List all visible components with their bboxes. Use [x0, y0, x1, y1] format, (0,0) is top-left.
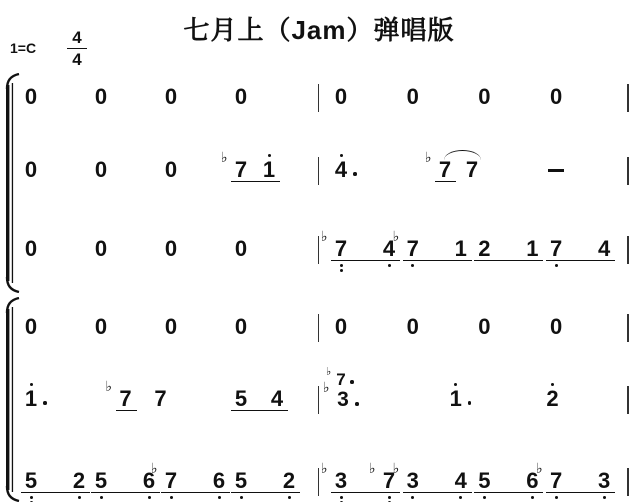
barline	[318, 236, 320, 264]
octave-dot-below	[170, 496, 173, 499]
octave-dot-below	[288, 496, 291, 499]
beam-underline	[474, 492, 543, 493]
time-signature-numerator: 4	[72, 28, 81, 47]
beam-underline	[435, 181, 456, 182]
beam-underline	[231, 410, 288, 411]
sheet-page: 七月上（Jam）弹唱版 1=C 4 4 000000000007♭147♭700…	[0, 0, 638, 502]
note-digit: 1	[446, 388, 466, 410]
octave-dot-below	[388, 264, 391, 267]
rest-note: 0	[474, 86, 494, 108]
note-digit: 7	[546, 470, 566, 492]
beam-underline	[21, 492, 90, 493]
barline	[318, 314, 320, 342]
note-digit: 3	[594, 470, 614, 492]
rest-note: 0	[231, 316, 251, 338]
note-digit: 1	[522, 238, 542, 260]
rest-note: 0	[161, 159, 181, 181]
note-digit: 5	[231, 388, 251, 410]
note-digit: 5	[231, 470, 251, 492]
tie-arc	[444, 150, 481, 160]
octave-dot-below	[483, 496, 486, 499]
flat-sign: ♭	[323, 382, 330, 394]
octave-dot-below	[555, 496, 558, 499]
augmentation-dot	[43, 401, 47, 405]
barline	[318, 157, 320, 185]
note-digit: 4	[594, 238, 614, 260]
beam-underline	[331, 260, 400, 261]
note-digit: 2	[279, 470, 299, 492]
octave-dot-above	[268, 154, 271, 157]
beam-underline	[161, 492, 230, 493]
note-digit: 7	[231, 159, 251, 181]
octave-dot-below	[555, 264, 558, 267]
barline	[627, 386, 629, 414]
key-signature: 1=C	[10, 40, 36, 56]
beam-underline	[91, 492, 160, 493]
note-digit: 3	[333, 389, 353, 410]
flat-sign: ♭	[221, 152, 228, 164]
rest-note: 0	[91, 238, 111, 260]
note-digit: 1	[21, 388, 41, 410]
note-digit: 7	[116, 388, 136, 410]
octave-dot-below	[340, 496, 343, 499]
rest-note: 0	[403, 316, 423, 338]
time-signature-line	[67, 48, 87, 49]
octave-dot-below	[100, 496, 103, 499]
beam-underline	[546, 260, 615, 261]
dash-extension	[548, 169, 564, 172]
barline	[627, 157, 629, 185]
rest-note: 0	[161, 316, 181, 338]
barline	[318, 84, 320, 112]
rest-note: 0	[161, 238, 181, 260]
barline	[318, 468, 320, 496]
rest-note: 0	[91, 86, 111, 108]
flat-sign: ♭	[321, 463, 328, 475]
rest-note: 0	[21, 316, 41, 338]
rest-note: 0	[91, 316, 111, 338]
beam-underline	[331, 492, 400, 493]
system-bracket	[2, 73, 22, 293]
octave-dot-below	[388, 496, 391, 499]
augmentation-dot	[350, 380, 354, 384]
note-digit: 7	[151, 388, 171, 410]
rest-note: 0	[161, 86, 181, 108]
note-digit: 2	[69, 470, 89, 492]
rest-note: 0	[331, 86, 351, 108]
flat-sign: ♭	[151, 463, 158, 475]
rest-note: 0	[21, 238, 41, 260]
beam-underline	[231, 181, 280, 182]
beam-underline	[546, 492, 615, 493]
note-digit: 7	[161, 470, 181, 492]
rest-note: 0	[231, 86, 251, 108]
octave-dot-above	[30, 383, 33, 386]
rest-note: 0	[91, 159, 111, 181]
note-digit: 1	[259, 159, 279, 181]
octave-dot-below	[340, 269, 343, 272]
flat-sign: ♭	[393, 231, 400, 243]
octave-dot-below	[148, 496, 151, 499]
octave-dot-below	[240, 496, 243, 499]
note-digit: 4	[267, 388, 287, 410]
note-digit: 3	[331, 470, 351, 492]
flat-sign: ♭	[369, 463, 376, 475]
barline	[627, 314, 629, 342]
octave-dot-below	[459, 496, 462, 499]
octave-dot-below	[531, 496, 534, 499]
note-digit: 1	[451, 238, 471, 260]
rest-note: 0	[403, 86, 423, 108]
octave-dot-below	[218, 496, 221, 499]
flat-sign: ♭	[321, 231, 328, 243]
rest-note: 0	[231, 238, 251, 260]
time-signature-denominator: 4	[72, 50, 81, 69]
octave-dot-below	[411, 496, 414, 499]
augmentation-dot	[355, 402, 359, 406]
augmentation-dot	[353, 172, 357, 176]
octave-dot-below	[411, 264, 414, 267]
beam-underline	[231, 492, 300, 493]
rest-note: 0	[21, 86, 41, 108]
barline	[627, 468, 629, 496]
octave-dot-below	[30, 496, 33, 499]
note-digit: 6	[209, 470, 229, 492]
barline	[318, 386, 320, 414]
note-digit: 4	[331, 159, 351, 181]
flat-sign: ♭	[425, 152, 432, 164]
flat-sign: ♭	[393, 463, 400, 475]
beam-underline	[474, 260, 543, 261]
flat-sign: ♭	[326, 366, 331, 378]
note-digit: 7	[403, 238, 423, 260]
octave-dot-above	[551, 383, 554, 386]
note-digit: 7	[435, 159, 455, 181]
flat-sign: ♭	[536, 463, 543, 475]
augmentation-dot	[468, 401, 472, 405]
octave-dot-below	[603, 496, 606, 499]
note-digit: 5	[91, 470, 111, 492]
octave-dot-below	[78, 496, 81, 499]
note-digit: 7	[546, 238, 566, 260]
time-signature: 4 4	[66, 28, 88, 69]
octave-dot-below	[340, 264, 343, 267]
flat-sign: ♭	[106, 381, 113, 393]
rest-note: 0	[546, 86, 566, 108]
note-digit: 5	[21, 470, 41, 492]
beam-underline	[403, 260, 472, 261]
note-digit: 4	[451, 470, 471, 492]
rest-note: 0	[21, 159, 41, 181]
octave-dot-above	[340, 154, 343, 157]
note-digit: 2	[474, 238, 494, 260]
beam-underline	[116, 410, 137, 411]
barline	[627, 236, 629, 264]
note-digit: 7	[331, 238, 351, 260]
page-title: 七月上（Jam）弹唱版	[0, 10, 638, 47]
note-digit: 7	[462, 159, 482, 181]
note-digit: 3	[403, 470, 423, 492]
system-bracket	[2, 297, 22, 502]
note-digit: 5	[474, 470, 494, 492]
note-digit: 7	[331, 371, 351, 388]
rest-note: 0	[331, 316, 351, 338]
note-digit: 2	[543, 388, 563, 410]
beam-underline	[403, 492, 472, 493]
barline	[627, 84, 629, 112]
rest-note: 0	[474, 316, 494, 338]
rest-note: 0	[546, 316, 566, 338]
